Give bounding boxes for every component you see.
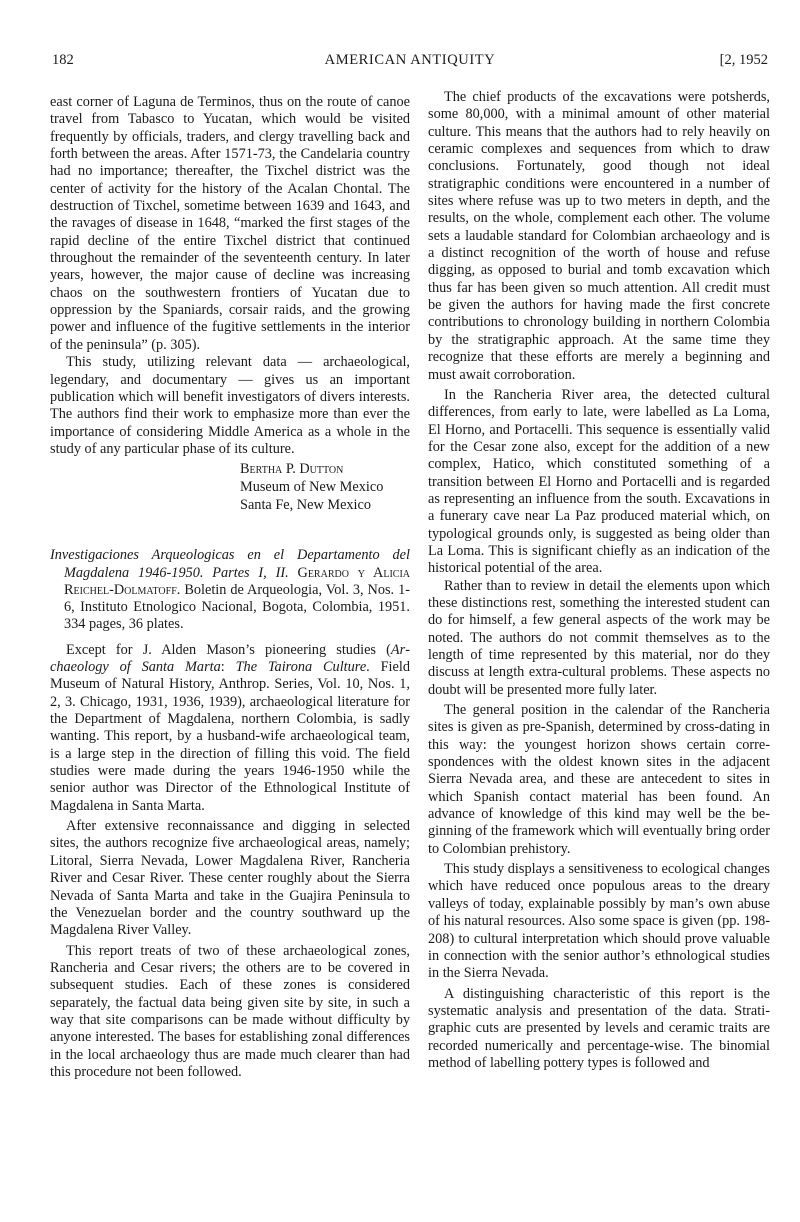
body-paragraph: The general position in the calendar of … — [428, 702, 770, 858]
body-paragraph: east corner of Laguna de Terminos, thus … — [50, 94, 410, 354]
body-paragraph: The chief products of the excavations we… — [428, 89, 770, 384]
issue-label: [2, 1952 — [720, 52, 768, 69]
book-citation: Investigaciones Arqueologicas en el Depa… — [50, 547, 410, 633]
body-paragraph: A distinguishing characteristic of this … — [428, 986, 770, 1073]
right-column: The chief products of the excavations we… — [428, 89, 770, 1072]
left-column: east corner of Laguna de Terminos, thus … — [50, 94, 410, 1081]
body-paragraph: Rather than to review in detail the elem… — [428, 578, 770, 699]
reviewer-signature: Bertha P. Dutton Museum of New Mexico Sa… — [240, 460, 410, 514]
italic-title: The Tairona Culture — [236, 659, 367, 675]
body-paragraph: This report treats of two of these archa… — [50, 943, 410, 1082]
body-paragraph: Except for J. Alden Mason’s pioneering s… — [50, 642, 410, 815]
reviewer-location: Santa Fe, New Mexico — [240, 496, 410, 514]
text-run: Except for J. Alden Mason’s pioneering s… — [66, 642, 391, 658]
running-header: 182 AMERICAN ANTIQUITY [2, 1952 — [52, 52, 768, 72]
body-paragraph: This study displays a sensitiveness to e… — [428, 861, 770, 982]
text-run: . Field Museum of Natural History, Anthr… — [50, 659, 410, 814]
text-run: : — [221, 659, 236, 675]
body-paragraph: This study, utilizing relevant data — ar… — [50, 354, 410, 458]
reviewer-institution: Museum of New Mexico — [240, 478, 410, 496]
body-paragraph: In the Rancheria River area, the detecte… — [428, 387, 770, 578]
journal-title: AMERICAN ANTIQUITY — [52, 52, 768, 69]
reviewer-name: Bertha P. Dutton — [240, 460, 410, 478]
body-paragraph: After extensive reconnaissance and diggi… — [50, 818, 410, 939]
